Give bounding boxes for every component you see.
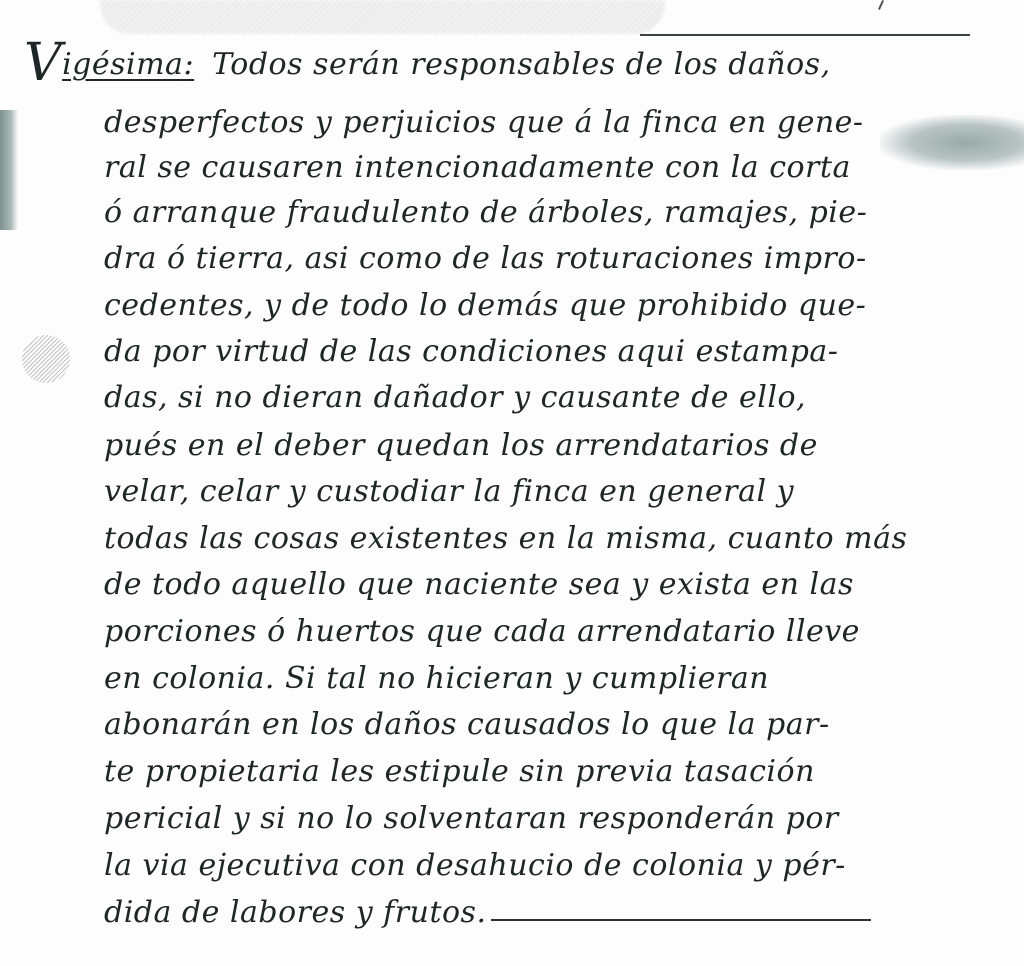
text-line-14: en colonia. Si tal no hicieran y cumplie… — [104, 656, 769, 702]
text-line-4: ó arranque fraudulento de árboles, ramaj… — [104, 190, 867, 236]
text-line-9: pués en el deber quedan los arrendatario… — [104, 423, 818, 469]
pen-mark — [878, 0, 884, 10]
text-line-3: ral se causaren intencionadamente con la… — [104, 145, 851, 191]
top-rule-line — [640, 34, 970, 36]
heading-word: igésima — [62, 47, 183, 82]
ink-smudge-left — [0, 110, 18, 230]
heading-separator: : — [183, 47, 194, 82]
text-line-1: Todos serán responsables de los daños, — [212, 47, 831, 82]
closing-rule-line — [491, 919, 871, 921]
text-line-13: porciones ó huertos que cada arrendatari… — [104, 609, 860, 655]
text-line-2: desperfectos y perjuicios que á la finca… — [104, 100, 864, 146]
text-line-16: te propietaria les estipule sin previa t… — [104, 749, 815, 795]
text-line-19-container: dida de labores y frutos. — [104, 890, 871, 936]
text-line-18: la via ejecutiva con desahucio de coloni… — [104, 843, 846, 889]
text-line-10: velar, celar y custodiar la finca en gen… — [104, 469, 794, 515]
ink-smudge-right — [880, 115, 1024, 170]
text-line-11: todas las cosas existentes en la misma, … — [104, 516, 907, 562]
text-line-19: dida de labores y frutos. — [104, 895, 487, 930]
redacted-header-area — [100, 0, 665, 34]
text-line-12: de todo aquello que naciente sea y exist… — [104, 562, 854, 608]
clause-heading-line: Vigésima: Todos serán responsables de lo… — [24, 40, 831, 86]
text-line-6: cedentes, y de todo lo demás que prohibi… — [104, 283, 866, 329]
text-line-7: da por virtud de las condiciones aqui es… — [104, 329, 838, 375]
text-line-17: pericial y si no lo solventaran responde… — [104, 796, 839, 842]
text-line-8: das, si no dieran dañador y causante de … — [104, 375, 806, 421]
scan-artifact — [22, 335, 70, 383]
text-line-5: dra ó tierra, asi como de las roturacion… — [104, 236, 867, 282]
document-page: Vigésima: Todos serán responsables de lo… — [0, 0, 1024, 966]
text-line-15: abonarán en los daños causados lo que la… — [104, 702, 830, 748]
heading-initial: V — [24, 33, 62, 93]
